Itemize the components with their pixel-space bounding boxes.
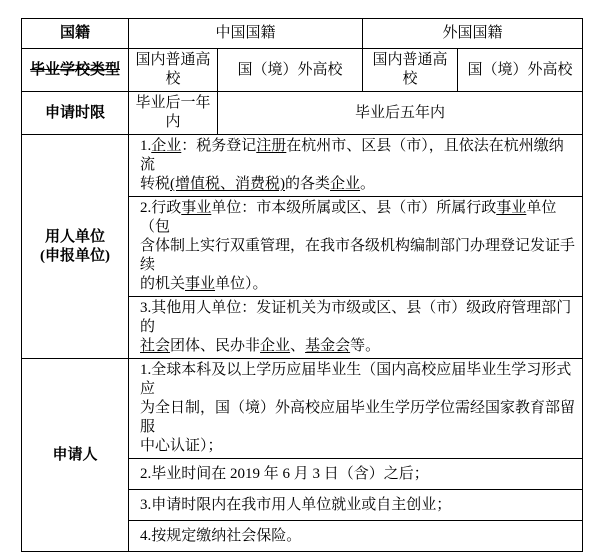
applicant-label: 申请人	[22, 359, 129, 552]
employer-label-line2: (申报单位)	[26, 247, 124, 266]
apply-period-row: 申请时限 毕业后一年内 毕业后五年内	[22, 92, 583, 135]
school-type-row: 毕业学校类型 国内普通高校 国（境）外高校 国内普通高校 国（境）外高校	[22, 49, 583, 92]
one-year-cell: 毕业后一年内	[129, 92, 218, 135]
employer-item-2: 2.行政事业单位：市本级所属或区、县（市）所属行政事业单位（包 含体制上实行双重…	[129, 197, 583, 297]
employer-label-line1: 用人单位	[26, 228, 124, 247]
policy-table: 国籍 中国国籍 外国国籍 毕业学校类型 国内普通高校 国（境）外高校 国内普通高…	[21, 18, 583, 552]
employer-item-1: 1.企业：税务登记注册在杭州市、区县（市），且依法在杭州缴纳流 转税(增值税、消…	[129, 135, 583, 197]
school-type-cell-1: 国内普通高校	[129, 49, 218, 92]
applicant-item-3: 3.申请时限内在我市用人单位就业或自主创业；	[129, 490, 583, 521]
five-years-cell: 毕业后五年内	[218, 92, 583, 135]
applicant-item-4: 4.按规定缴纳社会保险。	[129, 521, 583, 552]
chinese-nationality-cell: 中国国籍	[129, 19, 363, 49]
apply-period-label: 申请时限	[22, 92, 129, 135]
school-type-cell-4: 国（境）外高校	[458, 49, 583, 92]
employer-label: 用人单位 (申报单位)	[22, 135, 129, 359]
applicant-item-1: 1.全球本科及以上学历应届毕业生（国内高校应届毕业生学习形式应 为全日制，国（境…	[129, 359, 583, 459]
applicant-item-2: 2.毕业时间在 2019 年 6 月 3 日（含）之后；	[129, 459, 583, 490]
employer-row-1: 用人单位 (申报单位) 1.企业：税务登记注册在杭州市、区县（市），且依法在杭州…	[22, 135, 583, 197]
school-type-cell-2: 国（境）外高校	[218, 49, 363, 92]
school-type-cell-3: 国内普通高校	[363, 49, 458, 92]
nationality-row: 国籍 中国国籍 外国国籍	[22, 19, 583, 49]
applicant-row-1: 申请人 1.全球本科及以上学历应届毕业生（国内高校应届毕业生学习形式应 为全日制…	[22, 359, 583, 459]
school-type-label: 毕业学校类型	[22, 49, 129, 92]
nationality-label: 国籍	[22, 19, 129, 49]
foreign-nationality-cell: 外国国籍	[363, 19, 583, 49]
employer-item-3: 3.其他用人单位：发证机关为市级或区、县（市）级政府管理部门的 社会团体、民办非…	[129, 297, 583, 359]
